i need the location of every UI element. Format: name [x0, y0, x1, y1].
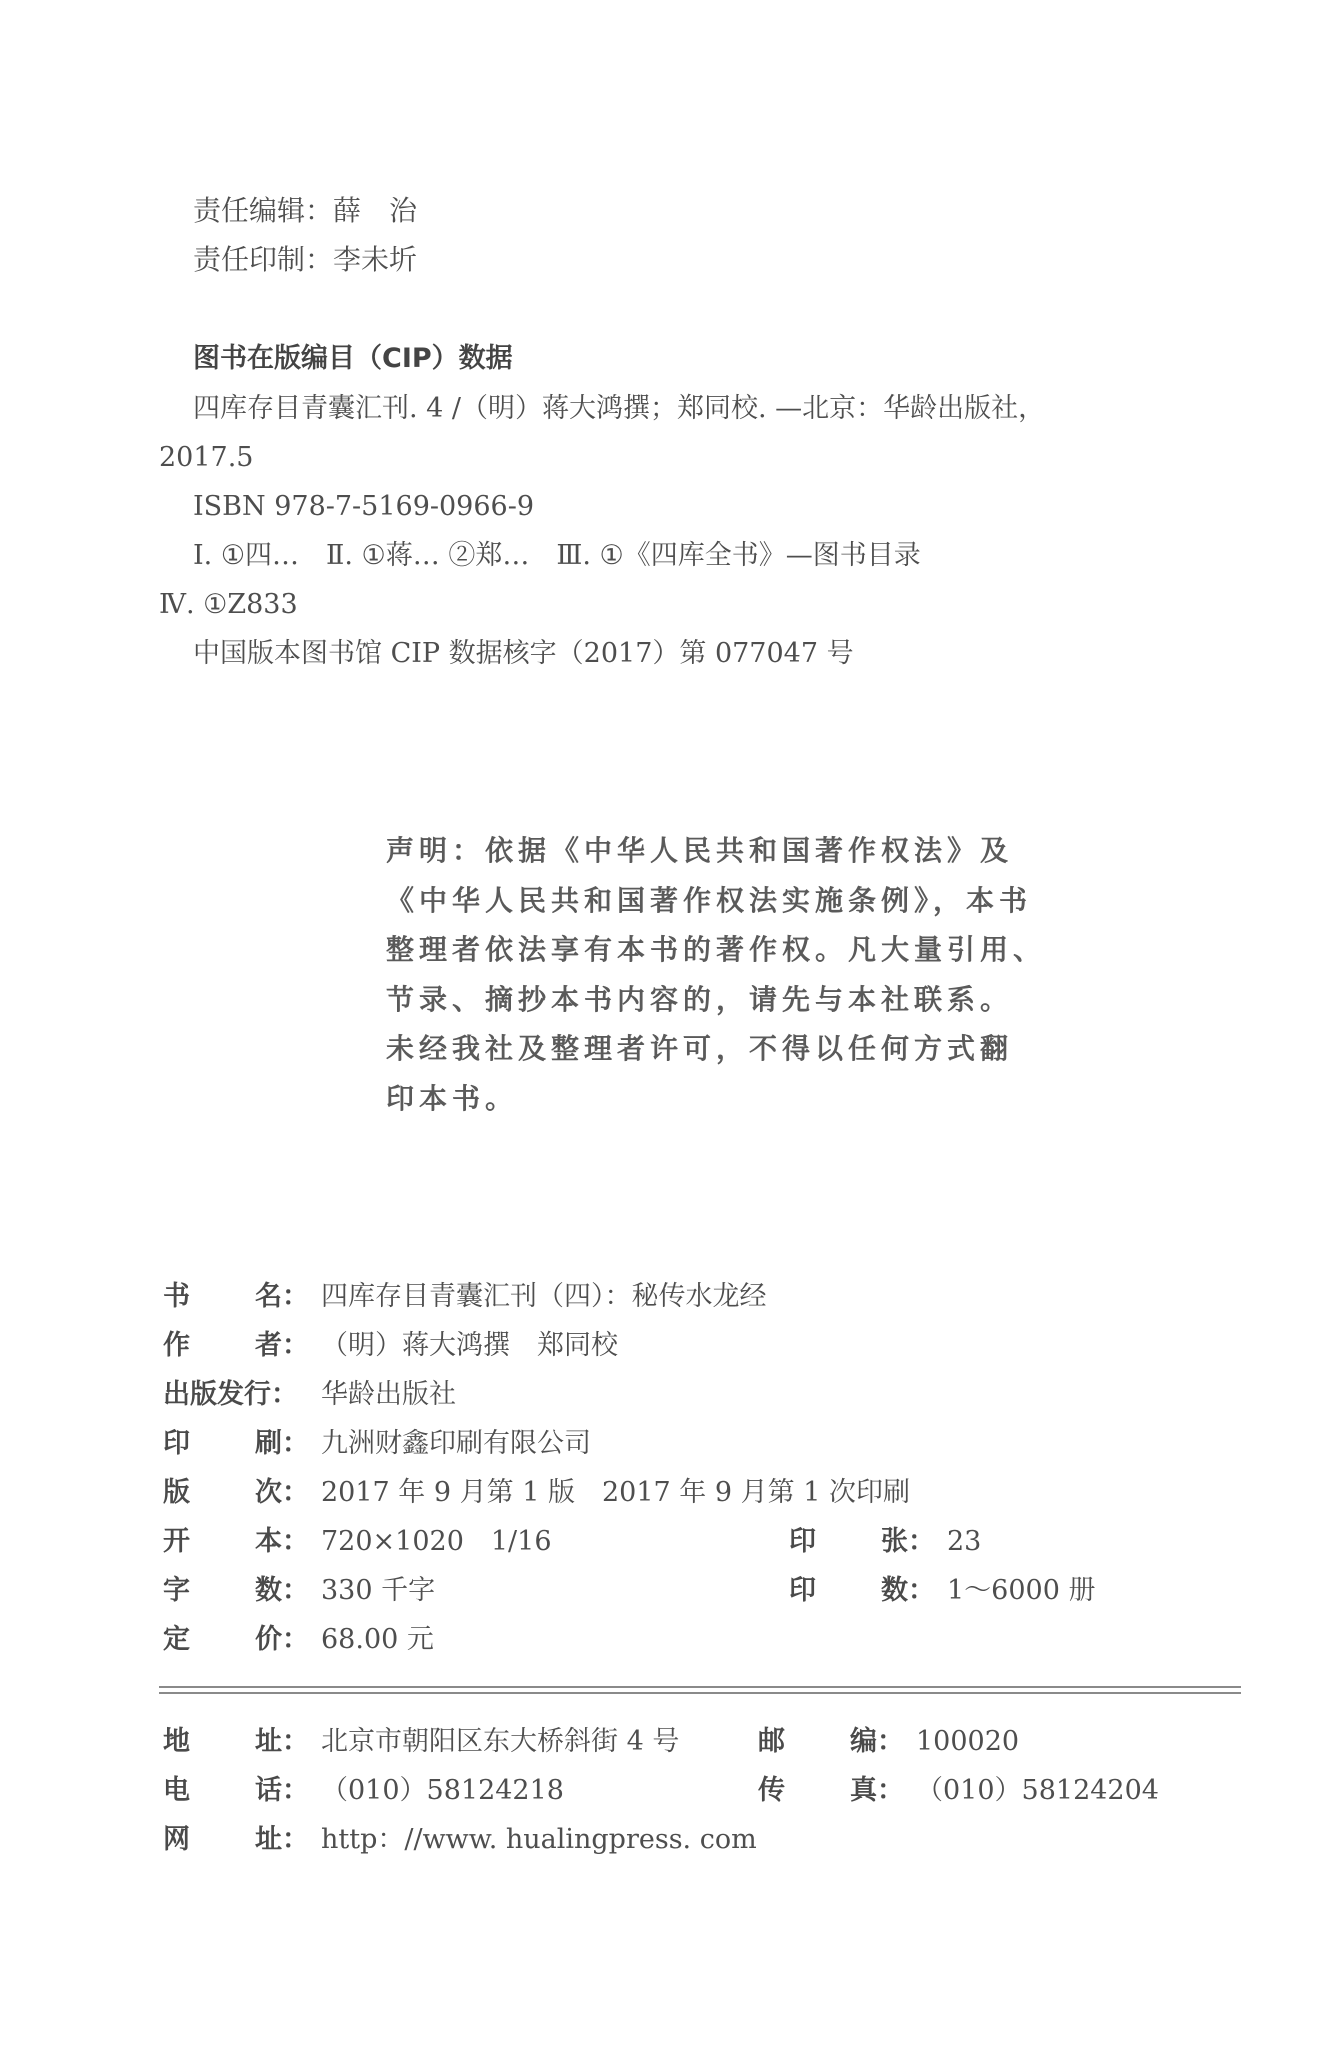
declaration-line: 未经我社及整理者许可，不得以任何方式翻 [386, 1024, 1026, 1074]
printer-value: 九洲财鑫印刷有限公司 [321, 1419, 591, 1468]
cip-record-number: 中国版本图书馆 CIP 数据核字（2017）第 077047 号 [159, 629, 1045, 678]
title-label: 书名： [163, 1272, 309, 1321]
address-label: 地址： [163, 1717, 309, 1766]
publisher-label: 出版发行： [163, 1370, 309, 1419]
editor-label: 责任编辑： [193, 194, 333, 227]
website-value: http：//www. hualingpress. com [321, 1815, 757, 1864]
cip-isbn: ISBN 978-7-5169-0966-9 [159, 482, 1045, 531]
double-rule-divider [159, 1686, 1241, 1694]
format-label: 开本： [163, 1517, 309, 1566]
word-count-label: 字数： [163, 1566, 309, 1615]
copyright-declaration: 声明：依据《中华人民共和国著作权法》及 《中华人民共和国著作权法实施条例》，本书… [386, 826, 1026, 1123]
declaration-line: 声明：依据《中华人民共和国著作权法》及 [386, 826, 1026, 876]
printer-label: 印刷： [163, 1419, 309, 1468]
print-manager-line: 责任印制：李未圻 [193, 235, 417, 284]
edition-value: 2017 年 9 月第 1 版 2017 年 9 月第 1 次印刷 [321, 1468, 910, 1517]
cip-data: 四库存目青囊汇刊. 4 /（明）蒋大鸿撰；郑同校. —北京：华龄出版社， 201… [159, 384, 1045, 678]
fax-value: （010）58124204 [916, 1766, 1159, 1815]
website-label: 网址： [163, 1815, 309, 1864]
author-label: 作者： [163, 1321, 309, 1370]
author-value: （明）蒋大鸿撰 郑同校 [321, 1321, 618, 1370]
editor-name: 薛 治 [333, 194, 417, 227]
print-run-value: 1～6000 册 [947, 1566, 1095, 1615]
price-value: 68.00 元 [321, 1615, 434, 1664]
cip-line-2: 2017.5 [159, 433, 1045, 482]
cip-title: 图书在版编目（CIP）数据 [193, 336, 513, 375]
postcode-value: 100020 [916, 1717, 1019, 1766]
cip-classification-1: Ⅰ. ①四… Ⅱ. ①蒋… ②郑… Ⅲ. ①《四库全书》—图书目录 [159, 531, 1045, 580]
credits-block: 责任编辑：薛 治 责任印制：李未圻 [193, 186, 417, 284]
print-manager-name: 李未圻 [333, 243, 417, 276]
sheets-value: 23 [947, 1517, 981, 1566]
editor-line: 责任编辑：薛 治 [193, 186, 417, 235]
cip-line-1: 四库存目青囊汇刊. 4 /（明）蒋大鸿撰；郑同校. —北京：华龄出版社， [159, 384, 1045, 433]
declaration-line: 《中华人民共和国著作权法实施条例》，本书 [386, 876, 1026, 926]
print-run-label: 印数： [789, 1566, 935, 1615]
postcode-label: 邮编： [758, 1717, 904, 1766]
fax-label: 传真： [758, 1766, 904, 1815]
phone-value: （010）58124218 [321, 1766, 564, 1815]
print-manager-label: 责任印制： [193, 243, 333, 276]
phone-label: 电话： [163, 1766, 309, 1815]
declaration-line: 整理者依法享有本书的著作权。凡大量引用、 [386, 925, 1026, 975]
title-value: 四库存目青囊汇刊（四）：秘传水龙经 [321, 1272, 767, 1321]
publisher-value: 华龄出版社 [321, 1370, 456, 1419]
declaration-line: 节录、摘抄本书内容的，请先与本社联系。 [386, 975, 1026, 1025]
format-value: 720×1020 1/16 [321, 1517, 552, 1566]
word-count-value: 330 千字 [321, 1566, 435, 1615]
declaration-line: 印本书。 [386, 1074, 1026, 1124]
sheets-label: 印张： [789, 1517, 935, 1566]
cip-classification-2: Ⅳ. ①Z833 [159, 580, 1045, 629]
address-value: 北京市朝阳区东大桥斜街 4 号 [321, 1717, 679, 1766]
edition-label: 版次： [163, 1468, 309, 1517]
price-label: 定价： [163, 1615, 309, 1664]
